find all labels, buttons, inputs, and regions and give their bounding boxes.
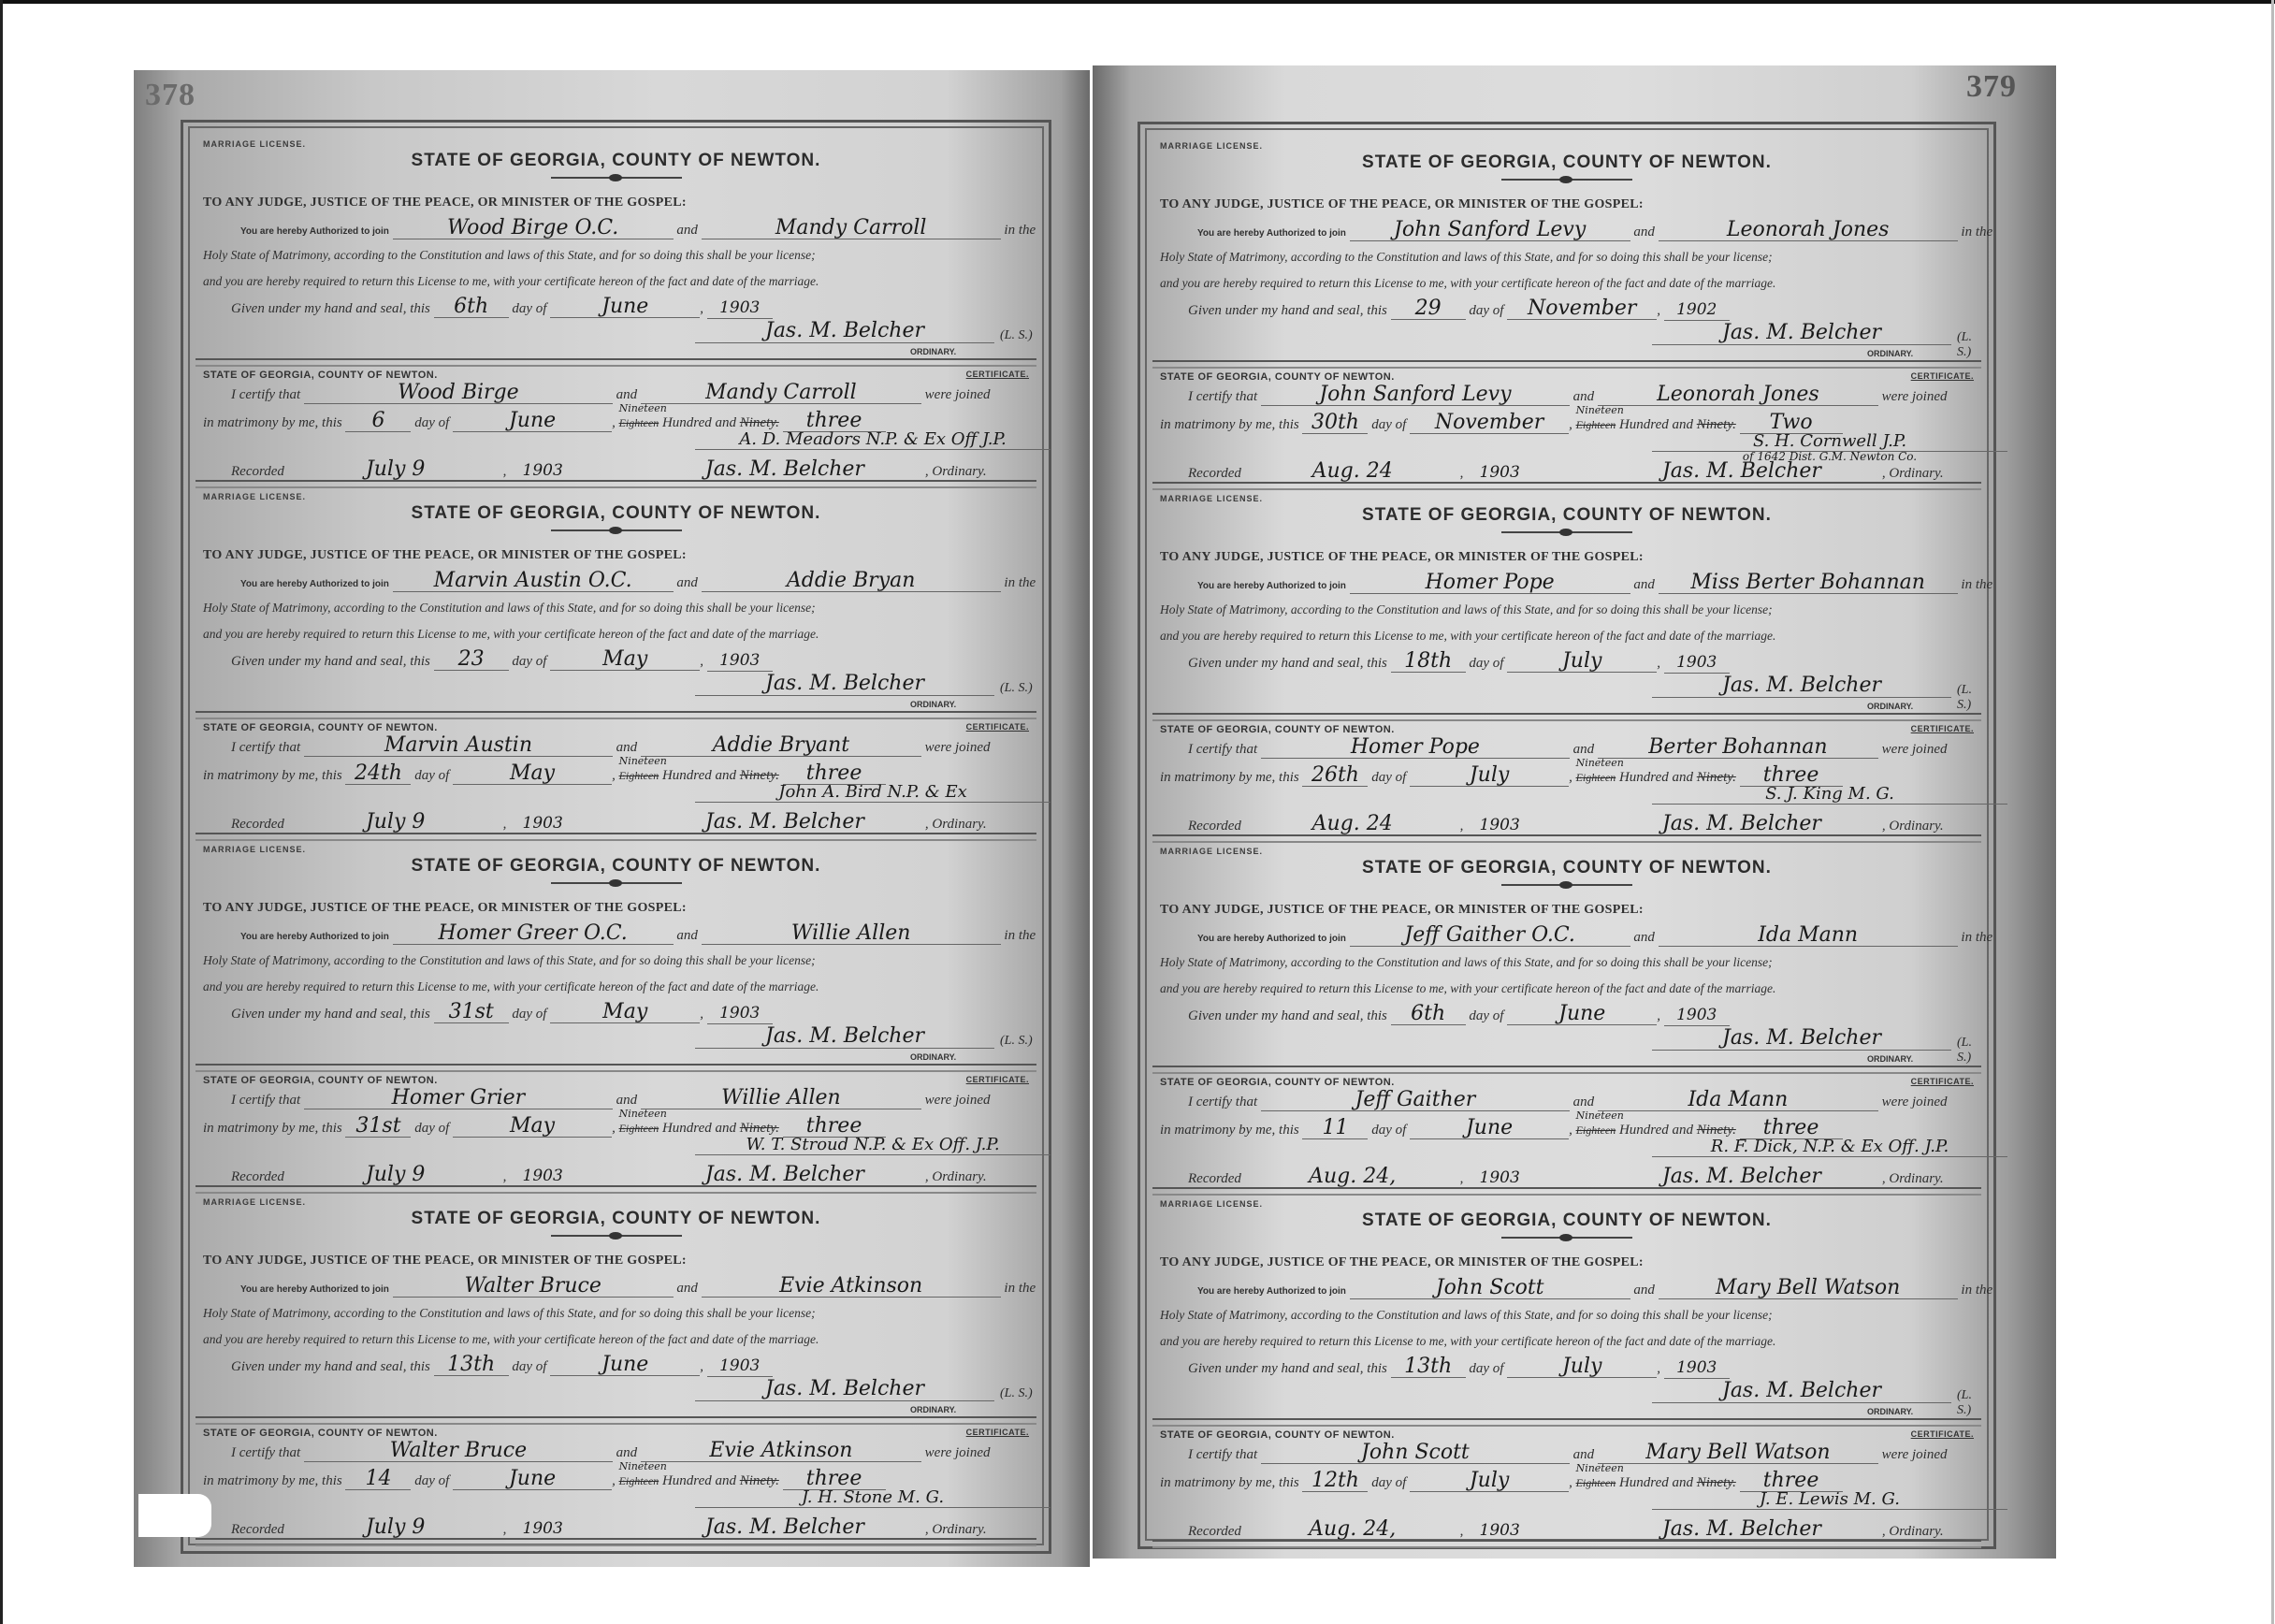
cert-groom-name: Wood Birge: [304, 383, 613, 404]
license-month: July: [1507, 651, 1657, 673]
issuer-signature: Jas. M. Belcher: [1652, 1379, 1951, 1403]
ninety-struck: Ninety.: [1697, 770, 1736, 785]
day-of-label: day of: [1469, 656, 1503, 671]
ornament-divider: [1501, 1237, 1632, 1239]
license-year: 1903: [707, 1356, 773, 1377]
section-rule: [1152, 360, 1981, 369]
recorded-date: Aug. 24,: [1245, 1167, 1460, 1188]
issuer-signature: Jas. M. Belcher: [695, 672, 994, 696]
marriage-month: May: [453, 763, 612, 785]
recorded-line: Recorded Aug. 24, 1903 Jas. M. Belcher, …: [1160, 461, 1974, 484]
given-line: Given under my hand and seal, this 31st …: [203, 1002, 1029, 1024]
officiant-signature: A. D. Meadors N.P. & Ex Off J.P.: [695, 429, 1051, 450]
marriage-month: June: [1410, 1118, 1569, 1139]
authorized-label: You are hereby Authorized to join: [240, 932, 389, 942]
certify-label: I certify that: [1188, 1447, 1257, 1462]
cert-bride-name: Leonorah Jones: [1598, 384, 1878, 406]
eighteen-struck: Eighteen: [619, 769, 659, 782]
required-line: and you are hereby required to return th…: [1160, 276, 1974, 291]
license-title: STATE OF GEORGIA, COUNTY OF NEWTON.: [1147, 505, 1987, 526]
marriage-record: MARRIAGE LICENSE. STATE OF GEORGIA, COUN…: [190, 485, 1042, 835]
marriage-record: MARRIAGE LICENSE. STATE OF GEORGIA, COUN…: [1147, 486, 1987, 837]
section-rule: [1152, 1066, 1981, 1074]
groom-name: Homer Greer O.C.: [393, 923, 674, 945]
certify-line: I certify that Wood Birge and Mandy Carr…: [203, 383, 1029, 404]
certify-label: I certify that: [1188, 742, 1257, 757]
license-day: 13th: [434, 1355, 509, 1376]
required-line: and you are hereby required to return th…: [203, 627, 1029, 642]
eighteen-struck: Eighteen: [1576, 1124, 1616, 1137]
day-of-label: day of: [512, 1007, 546, 1022]
ordinary-caps-label: ORDINARY.: [1867, 349, 1913, 358]
comma: ,: [503, 1522, 507, 1537]
given-label: Given under my hand and seal, this: [1188, 1361, 1387, 1376]
seal-label: (L. S.): [1957, 1388, 1987, 1418]
ninety-struck: Ninety.: [1697, 1475, 1736, 1490]
eighteen-struck: Eighteen: [1576, 1476, 1616, 1489]
recorded-label: Recorded: [1188, 466, 1241, 481]
marriage-record: MARRIAGE LICENSE. STATE OF GEORGIA, COUN…: [190, 837, 1042, 1188]
recorded-label: Recorded: [231, 464, 284, 479]
ordinary-label: , Ordinary.: [925, 1522, 987, 1537]
day-of-label: day of: [414, 1121, 449, 1136]
license-day: 13th: [1391, 1356, 1466, 1378]
certify-line: I certify that Homer Grier and Willie Al…: [203, 1088, 1029, 1109]
and-label: and: [1573, 742, 1595, 757]
were-joined-label: were joined: [925, 1445, 991, 1460]
license-month: June: [550, 1355, 700, 1376]
join-line: You are hereby Authorized to join John S…: [1160, 220, 1974, 241]
comma: ,: [1657, 656, 1660, 671]
were-joined-label: were joined: [1882, 389, 1948, 404]
authorized-label: You are hereby Authorized to join: [1197, 228, 1346, 239]
authorized-label: You are hereby Authorized to join: [1197, 1286, 1346, 1297]
ordinary-label: , Ordinary.: [1882, 466, 1944, 481]
and-label: and: [616, 1445, 638, 1460]
cert-bride-name: Berter Bohannan: [1598, 737, 1878, 759]
required-line: and you are hereby required to return th…: [203, 274, 1029, 289]
address-line: TO ANY JUDGE, JUSTICE OF THE PEACE, OR M…: [1160, 197, 1974, 212]
marriage-record: MARRIAGE LICENSE. STATE OF GEORGIA, COUN…: [1147, 134, 1987, 485]
license-label: MARRIAGE LICENSE.: [203, 492, 306, 501]
ordinary-label: , Ordinary.: [925, 1169, 987, 1184]
record-list: MARRIAGE LICENSE. STATE OF GEORGIA, COUN…: [1147, 130, 1987, 1539]
given-label: Given under my hand and seal, this: [231, 301, 430, 316]
issuer-signature: Jas. M. Belcher: [1652, 674, 1951, 698]
nineteen-correction: Nineteen: [619, 1108, 667, 1120]
certify-label: I certify that: [1188, 1095, 1257, 1109]
license-title: STATE OF GEORGIA, COUNTY OF NEWTON.: [1147, 1211, 1987, 1231]
page-number: 379: [1966, 69, 2017, 105]
license-label: MARRIAGE LICENSE.: [1160, 1199, 1263, 1209]
marriage-day: 12th: [1302, 1471, 1368, 1492]
cert-groom-name: John Scott: [1261, 1443, 1570, 1464]
certify-label: I certify that: [231, 1093, 300, 1108]
ordinary-label: , Ordinary.: [1882, 1171, 1944, 1186]
and-label: and: [1633, 930, 1655, 945]
marriage-month: May: [453, 1116, 612, 1138]
in-the-label: in the: [1004, 223, 1036, 238]
nineteen-correction: Nineteen: [1576, 757, 1624, 769]
nineteen-correction: Nineteen: [619, 402, 667, 414]
join-line: You are hereby Authorized to join John S…: [1160, 1278, 1974, 1299]
seal-label: (L. S.): [1000, 328, 1033, 343]
marriage-month: November: [1410, 413, 1569, 434]
issuer-signature: Jas. M. Belcher: [695, 1024, 994, 1049]
cert-groom-name: Homer Pope: [1261, 737, 1570, 759]
license-title: STATE OF GEORGIA, COUNTY OF NEWTON.: [190, 503, 1042, 524]
matrimony-label: in matrimony by me, this: [203, 768, 342, 783]
in-the-label: in the: [1004, 1281, 1036, 1296]
recorded-label: Recorded: [1188, 1524, 1241, 1539]
certificate-tag: CERTIFICATE.: [966, 722, 1029, 732]
matrimony-label: in matrimony by me, this: [203, 415, 342, 430]
ordinary-caps-label: ORDINARY.: [1867, 1407, 1913, 1416]
holy-state-line: Holy State of Matrimony, according to th…: [203, 601, 1029, 616]
recorded-date: July 9: [288, 459, 503, 481]
marriage-month: June: [453, 1469, 612, 1490]
recorder-signature: Jas. M. Belcher: [645, 1165, 925, 1186]
hundred-and-label: Hundred and: [662, 1121, 736, 1136]
ordinary-caps-label: ORDINARY.: [1867, 702, 1913, 711]
license-title: STATE OF GEORGIA, COUNTY OF NEWTON.: [190, 1209, 1042, 1229]
address-line: TO ANY JUDGE, JUSTICE OF THE PEACE, OR M…: [1160, 903, 1974, 918]
given-label: Given under my hand and seal, this: [1188, 656, 1387, 671]
recorded-year: 1903: [510, 1166, 575, 1187]
matrimony-label: in matrimony by me, this: [203, 1121, 342, 1136]
scan-top-edge: [0, 0, 2275, 4]
and-label: and: [1633, 577, 1655, 592]
groom-name: Jeff Gaither O.C.: [1350, 925, 1630, 947]
certify-line: I certify that John Scott and Mary Bell …: [1160, 1443, 1974, 1464]
cert-bride-name: Addie Bryant: [641, 735, 921, 757]
license-title: STATE OF GEORGIA, COUNTY OF NEWTON.: [1147, 152, 1987, 173]
and-label: and: [1633, 1283, 1655, 1298]
day-of-label: day of: [1371, 1475, 1406, 1490]
ninety-struck: Ninety.: [1697, 1123, 1736, 1138]
and-label: and: [1573, 1447, 1595, 1462]
ornament-divider: [1501, 179, 1632, 181]
section-rule: [1152, 713, 1981, 721]
given-label: Given under my hand and seal, this: [231, 1359, 430, 1374]
license-day: 31st: [434, 1002, 509, 1023]
given-label: Given under my hand and seal, this: [1188, 303, 1387, 318]
authorized-label: You are hereby Authorized to join: [240, 1284, 389, 1295]
comma: ,: [1460, 466, 1464, 481]
day-of-label: day of: [414, 415, 449, 430]
cert-bride-name: Mary Bell Watson: [1598, 1443, 1878, 1464]
certificate-tag: CERTIFICATE.: [1911, 1077, 1974, 1086]
ordinary-label: , Ordinary.: [925, 464, 987, 479]
license-month: May: [550, 649, 700, 671]
recorder-signature: Jas. M. Belcher: [645, 459, 925, 481]
in-the-label: in the: [1961, 1283, 1992, 1298]
section-rule: [196, 358, 1036, 367]
matrimony-label: in matrimony by me, this: [1160, 417, 1299, 432]
groom-name: Walter Bruce: [393, 1276, 674, 1298]
certify-line: I certify that Walter Bruce and Evie Atk…: [203, 1441, 1029, 1462]
certificate-title: STATE OF GEORGIA, COUNTY OF NEWTON.: [1160, 1077, 1395, 1088]
officiant-signature: S. J. King M. G.: [1652, 784, 2007, 805]
license-year: 1903: [707, 1003, 773, 1024]
ornament-divider: [1501, 531, 1632, 533]
bride-name: Miss Berter Bohannan: [1659, 573, 1958, 594]
cert-bride-name: Willie Allen: [641, 1088, 921, 1109]
address-line: TO ANY JUDGE, JUSTICE OF THE PEACE, OR M…: [203, 196, 1029, 210]
authorized-label: You are hereby Authorized to join: [1197, 934, 1346, 944]
holy-state-line: Holy State of Matrimony, according to th…: [1160, 602, 1974, 617]
license-year: 1903: [1664, 1005, 1730, 1026]
and-label: and: [676, 223, 698, 238]
license-month: May: [550, 1002, 700, 1023]
given-line: Given under my hand and seal, this 6th d…: [1160, 1004, 1974, 1026]
license-month: November: [1507, 298, 1657, 320]
cert-groom-name: John Sanford Levy: [1261, 384, 1570, 406]
seal-label: (L. S.): [1000, 681, 1033, 696]
recorded-line: Recorded July 9, 1903 Jas. M. Belcher, O…: [203, 812, 1029, 834]
comma: ,: [1657, 1008, 1660, 1023]
recorded-year: 1903: [1467, 815, 1532, 836]
ordinary-caps-label: ORDINARY.: [910, 1405, 956, 1414]
license-day: 23: [434, 649, 509, 671]
given-label: Given under my hand and seal, this: [231, 1007, 430, 1022]
cert-bride-name: Evie Atkinson: [641, 1441, 921, 1462]
day-of-label: day of: [1371, 770, 1406, 785]
certificate-title: STATE OF GEORGIA, COUNTY OF NEWTON.: [203, 1428, 438, 1439]
recorded-year: 1903: [1467, 462, 1532, 484]
record-end-rule: [1152, 1540, 1981, 1548]
and-label: and: [1573, 1095, 1595, 1109]
certificate-tag: CERTIFICATE.: [966, 370, 1029, 379]
matrimony-label: in matrimony by me, this: [203, 1473, 342, 1488]
required-line: and you are hereby required to return th…: [203, 979, 1029, 994]
day-of-label: day of: [512, 301, 546, 316]
groom-name: John Scott: [1350, 1278, 1630, 1299]
and-label: and: [676, 928, 698, 943]
nineteen-correction: Nineteen: [619, 755, 667, 767]
certificate-tag: CERTIFICATE.: [966, 1075, 1029, 1084]
recorded-date: Aug. 24,: [1245, 1519, 1460, 1541]
recorded-year: 1903: [510, 1518, 575, 1540]
certify-line: I certify that Jeff Gaither and Ida Mann…: [1160, 1090, 1974, 1111]
given-label: Given under my hand and seal, this: [231, 654, 430, 669]
holy-state-line: Holy State of Matrimony, according to th…: [1160, 955, 1974, 970]
marriage-month: July: [1410, 1471, 1569, 1492]
in-the-label: in the: [1004, 575, 1036, 590]
marriage-day: 14: [345, 1469, 411, 1490]
certificate-tag: CERTIFICATE.: [966, 1428, 1029, 1437]
recorded-line: Recorded Aug. 24,, 1903 Jas. M. Belcher,…: [1160, 1519, 1974, 1542]
were-joined-label: were joined: [925, 1093, 991, 1108]
recorder-signature: Jas. M. Belcher: [1601, 1167, 1882, 1188]
certificate-title: STATE OF GEORGIA, COUNTY OF NEWTON.: [203, 722, 438, 733]
ordinary-label: , Ordinary.: [925, 817, 987, 832]
certificate-title: STATE OF GEORGIA, COUNTY OF NEWTON.: [1160, 371, 1395, 383]
comma: ,: [1460, 1524, 1464, 1539]
officiant-signature: J. H. Stone M. G.: [695, 1487, 1051, 1508]
recorder-signature: Jas. M. Belcher: [1601, 461, 1882, 483]
license-year: 1903: [1664, 1357, 1730, 1379]
recorder-signature: Jas. M. Belcher: [645, 1517, 925, 1539]
license-label: MARRIAGE LICENSE.: [1160, 847, 1263, 856]
given-label: Given under my hand and seal, this: [1188, 1008, 1387, 1023]
hundred-and-label: Hundred and: [1619, 770, 1693, 785]
recorded-line: Recorded July 9, 1903 Jas. M. Belcher, O…: [203, 1165, 1029, 1187]
comma: ,: [1657, 1361, 1660, 1376]
section-rule: [196, 711, 1036, 719]
groom-name: John Sanford Levy: [1350, 220, 1630, 241]
holy-state-line: Holy State of Matrimony, according to th…: [203, 1306, 1029, 1321]
given-line: Given under my hand and seal, this 18th …: [1160, 651, 1974, 674]
recorded-label: Recorded: [1188, 819, 1241, 834]
certificate-title: STATE OF GEORGIA, COUNTY OF NEWTON.: [203, 1075, 438, 1086]
bride-name: Addie Bryan: [702, 571, 1001, 592]
officiant-signature: R. F. Dick, N.P. & Ex Off. J.P.: [1652, 1137, 2007, 1157]
cert-bride-name: Mandy Carroll: [641, 383, 921, 404]
comma: ,: [1657, 303, 1660, 318]
comma: ,: [1460, 819, 1464, 834]
license-label: MARRIAGE LICENSE.: [203, 139, 306, 149]
recorded-year: 1903: [1467, 1520, 1532, 1542]
authorized-label: You are hereby Authorized to join: [240, 226, 389, 237]
in-the-label: in the: [1961, 930, 1992, 945]
seal-label: (L. S.): [1957, 330, 1987, 360]
were-joined-label: were joined: [1882, 1447, 1948, 1462]
license-day: 6th: [1391, 1004, 1466, 1025]
and-label: and: [1573, 389, 1595, 404]
ornament-divider: [1501, 884, 1632, 886]
marriage-day: 11: [1302, 1118, 1368, 1139]
day-of-label: day of: [414, 1473, 449, 1488]
holy-state-line: Holy State of Matrimony, according to th…: [203, 953, 1029, 968]
nineteen-correction: Nineteen: [1576, 1462, 1624, 1474]
recorder-signature: Jas. M. Belcher: [1601, 1519, 1882, 1541]
certify-label: I certify that: [231, 387, 300, 402]
groom-name: Wood Birge O.C.: [393, 218, 674, 239]
bride-name: Ida Mann: [1659, 925, 1958, 947]
join-line: You are hereby Authorized to join Wood B…: [203, 218, 1029, 239]
section-rule: [196, 1416, 1036, 1425]
section-rule: [196, 1064, 1036, 1072]
recorded-label: Recorded: [1188, 1171, 1241, 1186]
recorded-year: 1903: [1467, 1167, 1532, 1189]
ornament-divider: [551, 1235, 682, 1237]
bride-name: Willie Allen: [702, 923, 1001, 945]
certify-label: I certify that: [1188, 389, 1257, 404]
license-month: June: [550, 297, 700, 318]
nineteen-correction: Nineteen: [1576, 404, 1624, 416]
record-list: MARRIAGE LICENSE. STATE OF GEORGIA, COUN…: [190, 128, 1042, 1544]
seal-label: (L. S.): [1957, 1036, 1987, 1066]
recorded-date: Aug. 24: [1245, 814, 1460, 835]
seal-label: (L. S.): [1000, 1386, 1033, 1401]
hundred-and-label: Hundred and: [1619, 417, 1693, 432]
given-line: Given under my hand and seal, this 13th …: [1160, 1356, 1974, 1379]
certify-line: I certify that Homer Pope and Berter Boh…: [1160, 737, 1974, 759]
holy-state-line: Holy State of Matrimony, according to th…: [1160, 250, 1974, 265]
recorded-date: July 9: [288, 1165, 503, 1186]
cert-bride-name: Ida Mann: [1598, 1090, 1878, 1111]
eighteen-struck: Eighteen: [619, 416, 659, 429]
were-joined-label: were joined: [925, 740, 991, 755]
license-title: STATE OF GEORGIA, COUNTY OF NEWTON.: [190, 856, 1042, 877]
authorized-label: You are hereby Authorized to join: [1197, 581, 1346, 591]
officiant-signature: John A. Bird N.P. & Ex: [695, 782, 1051, 803]
marriage-record: MARRIAGE LICENSE. STATE OF GEORGIA, COUN…: [190, 132, 1042, 483]
recorder-signature: Jas. M. Belcher: [1601, 814, 1882, 835]
were-joined-label: were joined: [925, 387, 991, 402]
hundred-and-label: Hundred and: [662, 415, 736, 430]
section-rule: [1152, 1418, 1981, 1427]
license-year: 1903: [707, 650, 773, 672]
ledger-page-right: 379 MARRIAGE LICENSE. STATE OF GEORGIA, …: [1093, 65, 2056, 1559]
hundred-and-label: Hundred and: [662, 1473, 736, 1488]
comma: ,: [700, 1007, 703, 1022]
certificate-tag: CERTIFICATE.: [1911, 371, 1974, 381]
issuer-signature: Jas. M. Belcher: [1652, 1026, 1951, 1051]
hundred-and-label: Hundred and: [1619, 1475, 1693, 1490]
and-label: and: [616, 1093, 638, 1108]
address-line: TO ANY JUDGE, JUSTICE OF THE PEACE, OR M…: [203, 548, 1029, 563]
certificate-title: STATE OF GEORGIA, COUNTY OF NEWTON.: [1160, 1429, 1395, 1441]
certify-label: I certify that: [231, 1445, 300, 1460]
ordinary-caps-label: ORDINARY.: [910, 700, 956, 709]
address-line: TO ANY JUDGE, JUSTICE OF THE PEACE, OR M…: [1160, 550, 1974, 565]
marriage-day: 31st: [345, 1116, 411, 1138]
bride-name: Mandy Carroll: [702, 218, 1001, 239]
marriage-month: July: [1410, 765, 1569, 787]
matrimony-label: in matrimony by me, this: [1160, 1475, 1299, 1490]
day-of-label: day of: [1371, 1123, 1406, 1138]
license-title: STATE OF GEORGIA, COUNTY OF NEWTON.: [190, 151, 1042, 171]
ornament-divider: [551, 177, 682, 179]
ninety-struck: Ninety.: [740, 415, 779, 430]
comma: ,: [503, 464, 507, 479]
hundred-and-label: Hundred and: [1619, 1123, 1693, 1138]
ledger-page-left: 378 MARRIAGE LICENSE. STATE OF GEORGIA, …: [134, 70, 1090, 1567]
eighteen-struck: Eighteen: [619, 1122, 659, 1135]
ninety-struck: Ninety.: [740, 768, 779, 783]
seal-label: (L. S.): [1000, 1034, 1033, 1049]
marriage-record: MARRIAGE LICENSE. STATE OF GEORGIA, COUN…: [1147, 1192, 1987, 1543]
license-label: MARRIAGE LICENSE.: [1160, 494, 1263, 503]
day-of-label: day of: [1469, 1361, 1503, 1376]
join-line: You are hereby Authorized to join Homer …: [203, 923, 1029, 945]
and-label: and: [616, 740, 638, 755]
certificate-title: STATE OF GEORGIA, COUNTY OF NEWTON.: [203, 370, 438, 381]
license-label: MARRIAGE LICENSE.: [203, 1197, 306, 1207]
ordinary-label: , Ordinary.: [1882, 819, 1944, 834]
marriage-month: June: [453, 411, 612, 432]
groom-name: Marvin Austin O.C.: [393, 571, 674, 592]
license-year: 1903: [707, 297, 773, 319]
ornament-divider: [551, 529, 682, 531]
address-line: TO ANY JUDGE, JUSTICE OF THE PEACE, OR M…: [1160, 1255, 1974, 1270]
ninety-struck: Ninety.: [740, 1121, 779, 1136]
comma: ,: [503, 1169, 507, 1184]
required-line: and you are hereby required to return th…: [1160, 629, 1974, 644]
scan-left-edge: [0, 0, 3, 1624]
issuer-signature: Jas. M. Belcher: [1652, 321, 1951, 345]
day-of-label: day of: [1371, 417, 1406, 432]
ornament-divider: [551, 882, 682, 884]
ordinary-caps-label: ORDINARY.: [910, 1052, 956, 1062]
certify-line: I certify that John Sanford Levy and Leo…: [1160, 384, 1974, 406]
address-line: TO ANY JUDGE, JUSTICE OF THE PEACE, OR M…: [203, 901, 1029, 916]
torn-corner: [138, 1494, 211, 1537]
license-month: June: [1507, 1004, 1657, 1025]
and-label: and: [676, 575, 698, 590]
